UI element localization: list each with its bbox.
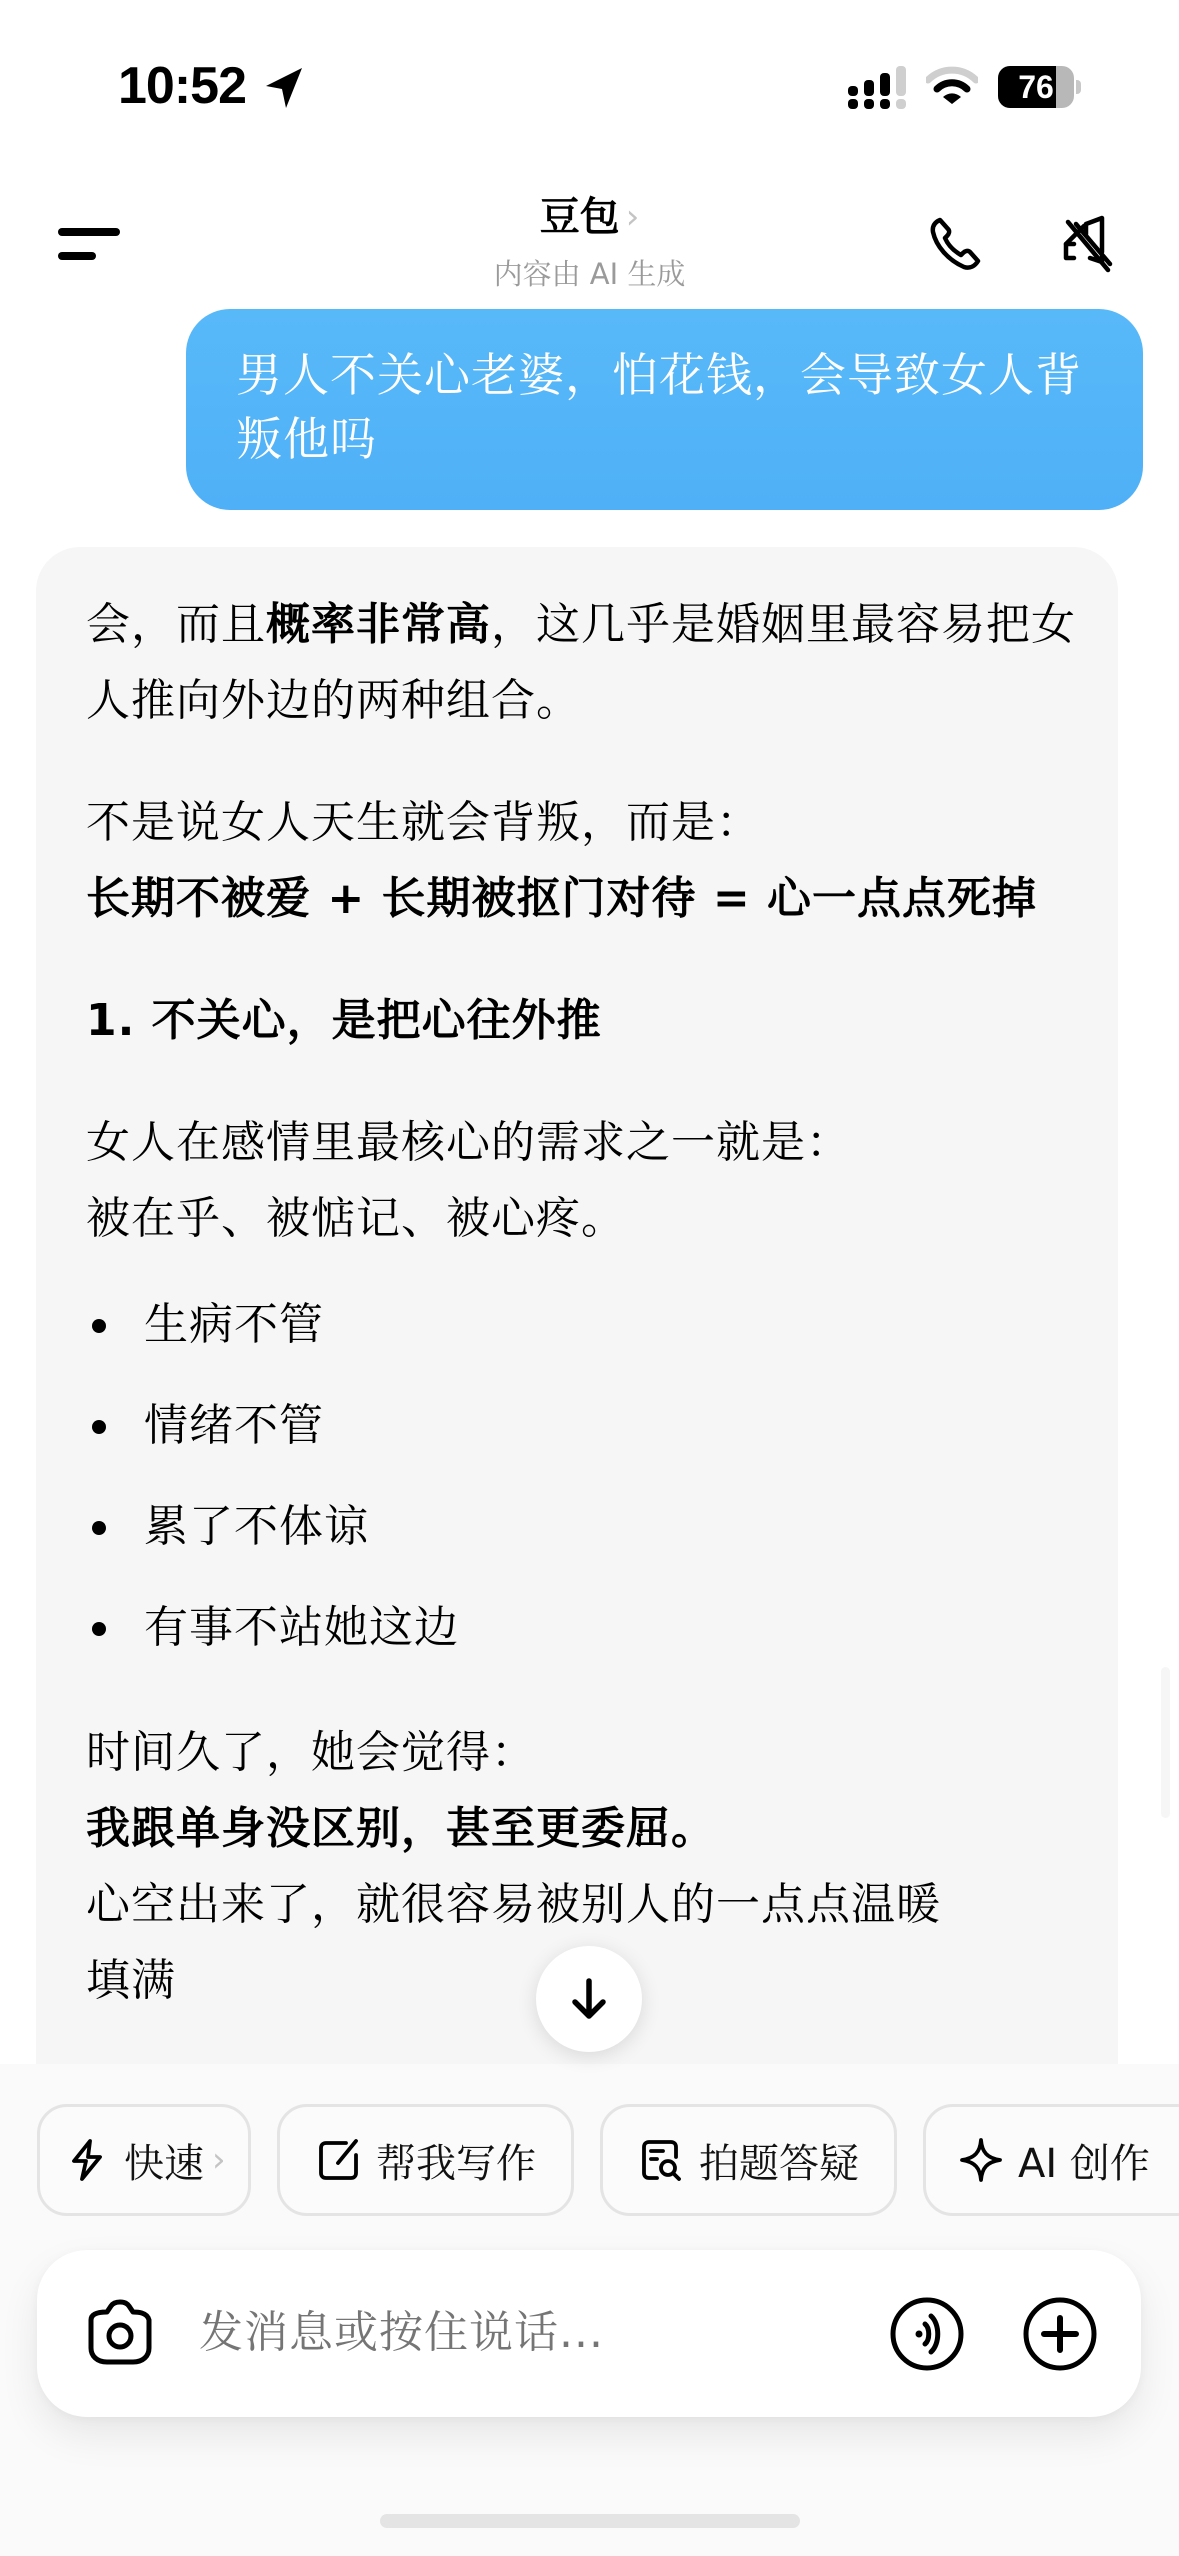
quick-action-ai-create[interactable]: AI 创作 [923,2104,1179,2216]
bullet-item: 情绪不管 [86,1388,1086,1464]
section-heading: 1. 不关心，是把心往外推 [86,983,1086,1059]
edit-icon [316,2137,362,2183]
arrow-down-icon [565,1975,613,2023]
assistant-message-bubble[interactable]: 会，而且概率非常高，这几乎是婚姻里最容易把女人推向外边的两种组合。 不是说女人天… [36,547,1118,2147]
bullet-item: 生病不管 [86,1287,1086,1363]
speaker-muted-icon[interactable] [1056,212,1120,276]
quick-action-writing[interactable]: 帮我写作 [277,2104,574,2216]
paragraph: 会，而且概率非常高，这几乎是婚姻里最容易把女人推向外边的两种组合。 [86,587,1086,739]
bot-title: 豆包 [540,190,620,244]
scroll-to-bottom-button[interactable] [536,1946,642,2052]
quick-actions: 快速 › 帮我写作 拍题答疑 AI 创作 [37,2104,1179,2232]
camera-icon[interactable] [83,2296,157,2370]
voice-input-icon[interactable] [889,2296,965,2372]
bullet-item: 累了不体谅 [86,1489,1086,1565]
paragraph: 不是说女人天生就会背叛，而是： [86,785,1086,861]
bot-title-button[interactable]: 豆包› [0,190,1179,244]
paragraph: 被在乎、被惦记、被心疼。 [86,1181,1086,1257]
plus-icon[interactable] [1022,2296,1098,2372]
chevron-right-icon: › [212,2140,226,2180]
paragraph: 女人在感情里最核心的需求之一就是： [86,1105,1086,1181]
chevron-right-icon: › [626,190,640,244]
quick-action-fast[interactable]: 快速 › [37,2104,251,2216]
bold-statement: 我跟单身没区别，甚至更委屈。 [86,1791,1086,1867]
home-indicator[interactable] [380,2514,800,2528]
paragraph: 时间久了，她会觉得： [86,1715,1086,1791]
lightning-icon [64,2137,110,2183]
status-time: 10:52 [118,56,246,116]
scrollbar[interactable] [1161,1667,1170,1818]
location-arrow-icon [262,64,306,112]
message-composer [37,2250,1141,2417]
paragraph: 心空出来了，就很容易被别人的一点点温暖 [86,1867,1086,1943]
quick-action-photo-qa[interactable]: 拍题答疑 [600,2104,897,2216]
user-message-bubble[interactable]: 男人不关心老婆，怕花钱，会导致女人背叛他吗 [186,309,1143,510]
assistant-message-content: 会，而且概率非常高，这几乎是婚姻里最容易把女人推向外边的两种组合。 不是说女人天… [86,587,1086,2019]
ai-generated-notice: 内容由 AI 生成 [0,254,1179,294]
user-message-text: 男人不关心老婆，怕花钱，会导致女人背叛他吗 [236,348,1082,466]
battery-indicator: 76 [998,66,1082,108]
phone-icon[interactable] [924,212,988,276]
message-input[interactable] [199,2300,849,2366]
cellular-signal-icon [848,66,910,110]
bold-statement: 长期不被爱 + 长期被抠门对待 = 心一点点死掉 [86,861,1086,937]
battery-percent: 76 [998,66,1074,108]
wifi-icon [926,66,978,106]
doc-search-icon [639,2137,685,2183]
bullet-item: 有事不站她这边 [86,1590,1086,1666]
sparkle-icon [958,2137,1004,2183]
